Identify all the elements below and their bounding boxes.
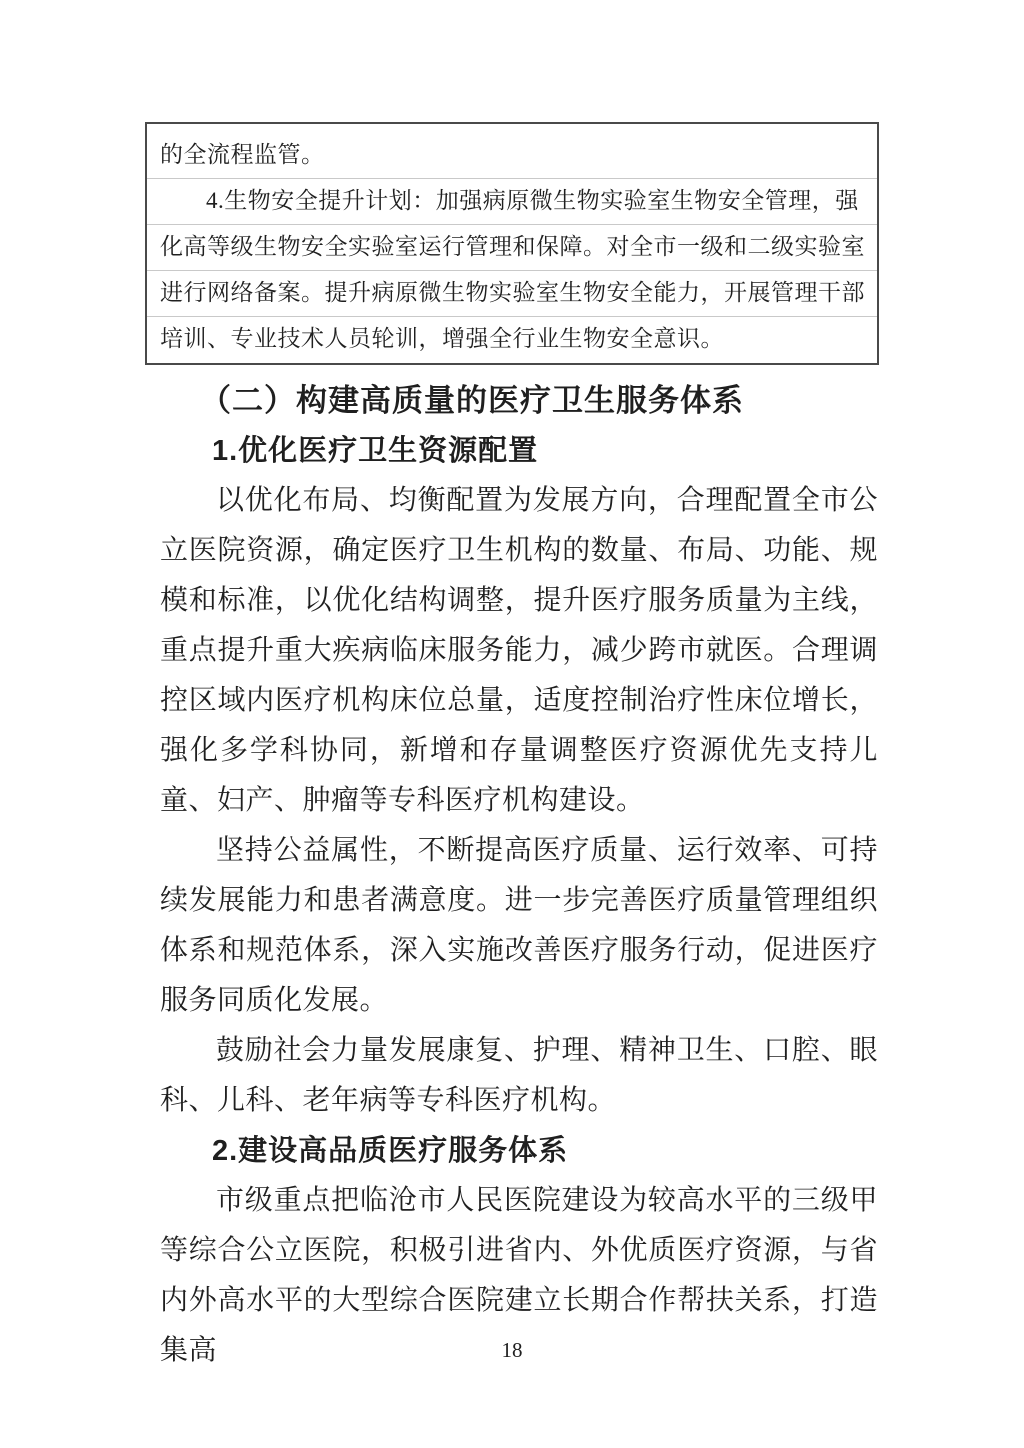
document-body: （二）构建高质量的医疗卫生服务体系1.优化医疗卫生资源配置以优化布局、均衡配置为… bbox=[160, 378, 878, 1376]
section-heading: （二）构建高质量的医疗卫生服务体系 bbox=[160, 378, 878, 424]
paragraph: 以优化布局、均衡配置为发展方向，合理配置全市公立医院资源，确定医疗卫生机构的数量… bbox=[160, 476, 878, 826]
page-number: 18 bbox=[0, 1338, 1024, 1363]
paragraph: 鼓励社会力量发展康复、护理、精神卫生、口腔、眼科、儿科、老年病等专科医疗机构。 bbox=[160, 1026, 878, 1126]
paragraph: 坚持公益属性，不断提高医疗质量、运行效率、可持续发展能力和患者满意度。进一步完善… bbox=[160, 826, 878, 1026]
boxed-line: 化高等级生物安全实验室运行管理和保障。对全市一级和二级实验室 bbox=[147, 225, 877, 271]
section-subheading: 2.建设高品质医疗服务体系 bbox=[160, 1128, 878, 1174]
boxed-line: 的全流程监管。 bbox=[147, 133, 877, 179]
boxed-line: 4.生物安全提升计划：加强病原微生物实验室生物安全管理，强 bbox=[147, 179, 877, 225]
boxed-line: 培训、专业技术人员轮训，增强全行业生物安全意识。 bbox=[147, 317, 877, 363]
section-subheading: 1.优化医疗卫生资源配置 bbox=[160, 428, 878, 474]
boxed-line: 进行网络备案。提升病原微生物实验室生物安全能力，开展管理干部 bbox=[147, 271, 877, 317]
boxed-section: 的全流程监管。4.生物安全提升计划：加强病原微生物实验室生物安全管理，强化高等级… bbox=[145, 122, 879, 365]
document-page: 的全流程监管。4.生物安全提升计划：加强病原微生物实验室生物安全管理，强化高等级… bbox=[0, 0, 1024, 1448]
